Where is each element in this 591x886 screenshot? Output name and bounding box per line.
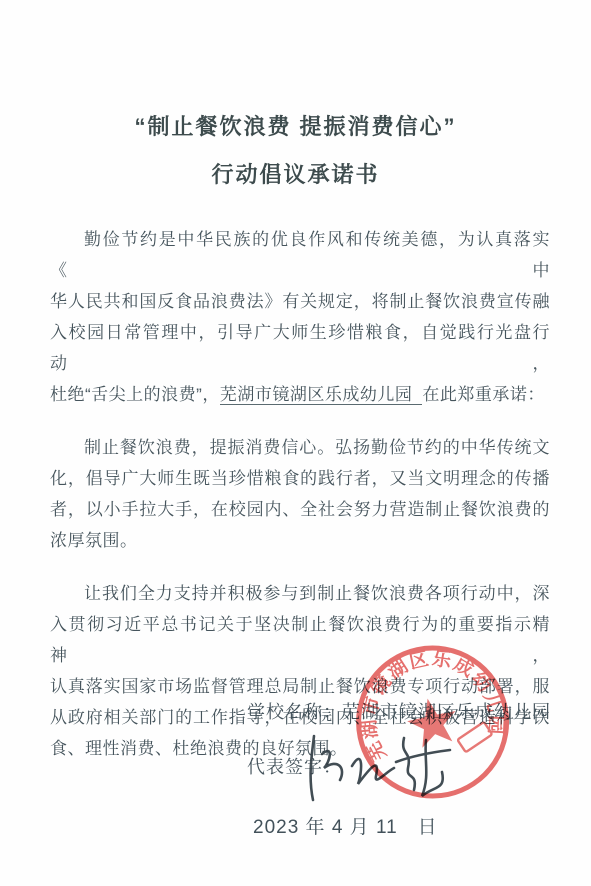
signature-line: 代表签字： — [247, 753, 342, 779]
paragraph-1: 勤俭节约是中华民族的优良作风和传统美德，为认真落实《中 华人民共和国反食品浪费法… — [50, 224, 550, 410]
paragraph-3: 让我们全力支持并积极参与到制止餐饮浪费各项行动中，深 入贯彻习近平总书记关于坚决… — [50, 578, 550, 764]
para2-line3: 者，以小手拉大手，在校园内、全社会努力营造制止餐饮浪费的 — [50, 494, 550, 525]
para2-line2: 化，倡导广大师生既当珍惜粮食的践行者，又当文明理念的传播 — [50, 463, 550, 494]
document-title: “制止餐饮浪费 提振消费信心” — [0, 110, 591, 141]
date-line: 2023 年 4 月 11 日 — [253, 812, 438, 839]
para3-line1: 让我们全力支持并积极参与到制止餐饮浪费各项行动中，深 — [50, 578, 550, 609]
para1-line2: 华人民共和国反食品浪费法》有关规定，将制止餐饮浪费宣传融 — [50, 286, 550, 317]
para3-line2: 入贯彻习近平总书记关于坚决制止餐饮浪费行为的重要指示精神， — [50, 609, 550, 671]
school-name-value: 芜湖市镜湖区乐成幼儿园 — [342, 702, 551, 722]
para1-line4-prefix: 杜绝“舌尖上的浪费”， — [50, 385, 220, 404]
school-name-label: 学校名称： — [247, 702, 342, 722]
para1-line1: 勤俭节约是中华民族的优良作风和传统美德，为认真落实《中 — [50, 224, 550, 286]
para1-line4: 杜绝“舌尖上的浪费”，芜湖市镜湖区乐成幼儿园在此郑重承诺： — [50, 379, 550, 410]
signature-label: 代表签字： — [247, 757, 342, 777]
paragraph-2: 制止餐饮浪费，提振消费信心。弘扬勤俭节约的中华传统文 化，倡导广大师生既当珍惜粮… — [50, 432, 550, 556]
para2-line1: 制止餐饮浪费，提振消费信心。弘扬勤俭节约的中华传统文 — [50, 432, 550, 463]
para1-line4-suffix: 在此郑重承诺： — [422, 385, 545, 404]
para1-line3: 入校园日常管理中，引导广大师生珍惜粮食，自觉践行光盘行动， — [50, 317, 550, 379]
school-name-inline: 芜湖市镜湖区乐成幼儿园 — [220, 385, 423, 405]
document-subtitle: 行动倡议承诺书 — [0, 158, 591, 189]
scanned-document-page: “制止餐饮浪费 提振消费信心” 行动倡议承诺书 勤俭节约是中华民族的优良作风和传… — [0, 0, 591, 886]
school-name-line: 学校名称：芜湖市镜湖区乐成幼儿园 — [247, 698, 551, 724]
para2-line4: 浓厚氛围。 — [50, 525, 550, 556]
